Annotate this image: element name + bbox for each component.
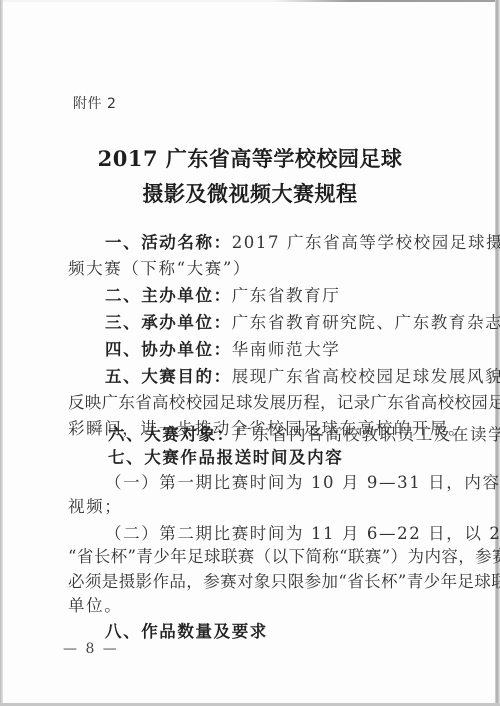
section-purpose: 五、大赛目的：展现广东省高校校园足球发展风貌， xyxy=(68,367,477,387)
section-requirements: 八、作品数量及要求 xyxy=(68,622,477,642)
section-heading: 八、作品数量及要求 xyxy=(105,622,268,641)
annex-label: 附件 2 xyxy=(73,93,116,113)
section-text: 华南师范大学 xyxy=(232,340,341,359)
section-host: 二、主办单位：广东省教育厅 xyxy=(68,286,477,306)
section-text: 广东省教育厅 xyxy=(232,286,341,305)
section-submission: 七、大赛作品报送时间及内容 xyxy=(68,448,480,468)
section-heading: 六、大赛对象： xyxy=(108,425,235,444)
submission-item-1: （一）第一期比赛时间为 10 月 9—31 日，内容为摄影、微 xyxy=(68,473,477,493)
document-title-line2: 摄影及微视频大赛规程 xyxy=(0,178,500,208)
section-text: 广东省教育研究院、广东教育杂志社 xyxy=(232,313,500,332)
submission-item-2-cont1: “省长杯”青少年足球联赛（以下简称“联赛”）为内容，参赛作品 xyxy=(68,547,440,567)
page-number: — 8 — xyxy=(63,641,119,657)
scan-edge-top xyxy=(0,0,500,2)
section-heading: 五、大赛目的： xyxy=(105,367,232,386)
section-text: 2017 广东省高等学校校园足球摄影及微视 xyxy=(232,233,500,252)
section-heading: 四、协办单位： xyxy=(105,340,232,359)
section-activity-name-cont: 频大赛（下称“大赛”） xyxy=(68,259,440,279)
submission-item-1-cont: 视频； xyxy=(68,497,440,517)
section-heading: 三、承办单位： xyxy=(105,313,232,332)
section-participants: 六、大赛对象：广东省内各高校教职员工及在读学生。 xyxy=(68,425,480,445)
scan-edge-left xyxy=(0,0,3,706)
section-heading: 一、活动名称： xyxy=(105,233,232,252)
section-text: 广东省内各高校教职员工及在读学生。 xyxy=(235,425,500,444)
section-co-organizer: 四、协办单位：华南师范大学 xyxy=(68,340,477,360)
section-organizer: 三、承办单位：广东省教育研究院、广东教育杂志社 xyxy=(68,313,477,333)
section-text: 展现广东省高校校园足球发展风貌， xyxy=(232,367,500,386)
submission-item-2-cont2: 必须是摄影作品，参赛对象只限参加“省长杯”青少年足球联赛的 xyxy=(68,572,440,592)
submission-item-2-cont3: 单位。 xyxy=(68,596,440,616)
section-heading: 七、大赛作品报送时间及内容 xyxy=(108,448,343,467)
submission-item-2: （二）第二期比赛时间为 11 月 6—22 日，以 2017 年广东省 xyxy=(68,524,477,544)
section-purpose-cont1: 反映广东省高校校园足球发展历程，记录广东省高校校园足球精 xyxy=(68,393,440,413)
section-heading: 二、主办单位： xyxy=(105,286,232,305)
scan-edge-right xyxy=(495,0,500,706)
section-activity-name: 一、活动名称：2017 广东省高等学校校园足球摄影及微视 xyxy=(68,233,477,253)
document-page: 附件 2 2017 广东省高等学校校园足球 摄影及微视频大赛规程 一、活动名称：… xyxy=(0,0,500,706)
document-title-line1: 2017 广东省高等学校校园足球 xyxy=(0,143,500,173)
